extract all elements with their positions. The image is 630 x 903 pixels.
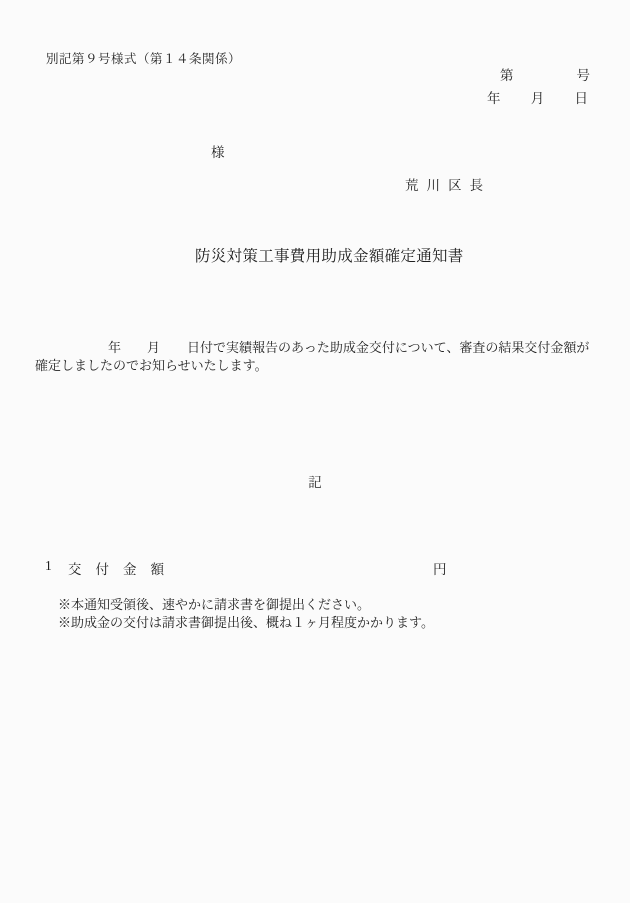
date-day-label: 日	[575, 87, 589, 107]
document-title: 防災対策工事費用助成金額確定通知書	[195, 244, 464, 266]
item-number: 1	[45, 558, 52, 574]
grant-amount-label: 交付金額	[68, 558, 178, 578]
recipient-honorific: 様	[211, 141, 225, 161]
date-header-line: 年 月 日	[487, 87, 588, 107]
date-month-label: 月	[531, 87, 545, 107]
body-line-1: 年月日付で実績報告のあった助成金交付について、審査の結果交付金額が	[35, 339, 601, 357]
body-line1-text: 日付で実績報告のあった助成金交付について、審査の結果交付金額が	[187, 340, 589, 355]
doc-number-suffix: 号	[577, 64, 591, 84]
footnotes: ※本通知受領後、速やかに請求書を御提出ください。 ※助成金の交付は請求書御提出後…	[58, 596, 434, 632]
doc-number-line: 第 号	[500, 64, 590, 84]
form-reference: 別記第９号様式（第１４条関係）	[46, 49, 241, 67]
body-paragraph: 年月日付で実績報告のあった助成金交付について、審査の結果交付金額が 確定しました…	[35, 339, 601, 374]
day-blank	[160, 351, 187, 352]
footnote-payment-timing: ※助成金の交付は請求書御提出後、概ね１ヶ月程度かかります。	[58, 614, 434, 632]
yen-unit-label: 円	[433, 558, 447, 578]
sender-name: 荒川区長	[405, 174, 491, 194]
month-blank	[121, 351, 147, 352]
body-line-2: 確定しましたのでお知らせいたします。	[35, 357, 601, 375]
ki-section-marker: 記	[0, 471, 630, 491]
body-year-label: 年	[108, 340, 121, 355]
footnote-submit-invoice: ※本通知受領後、速やかに請求書を御提出ください。	[58, 596, 434, 614]
doc-number-prefix: 第	[500, 64, 514, 84]
date-year-label: 年	[487, 87, 501, 107]
document-page: 別記第９号様式（第１４条関係） 第 号 年 月 日 様 荒川区長 防災対策工事費…	[0, 0, 630, 903]
body-month-label: 月	[147, 340, 160, 355]
grant-amount-row: 1 交付金額 円	[0, 558, 630, 576]
